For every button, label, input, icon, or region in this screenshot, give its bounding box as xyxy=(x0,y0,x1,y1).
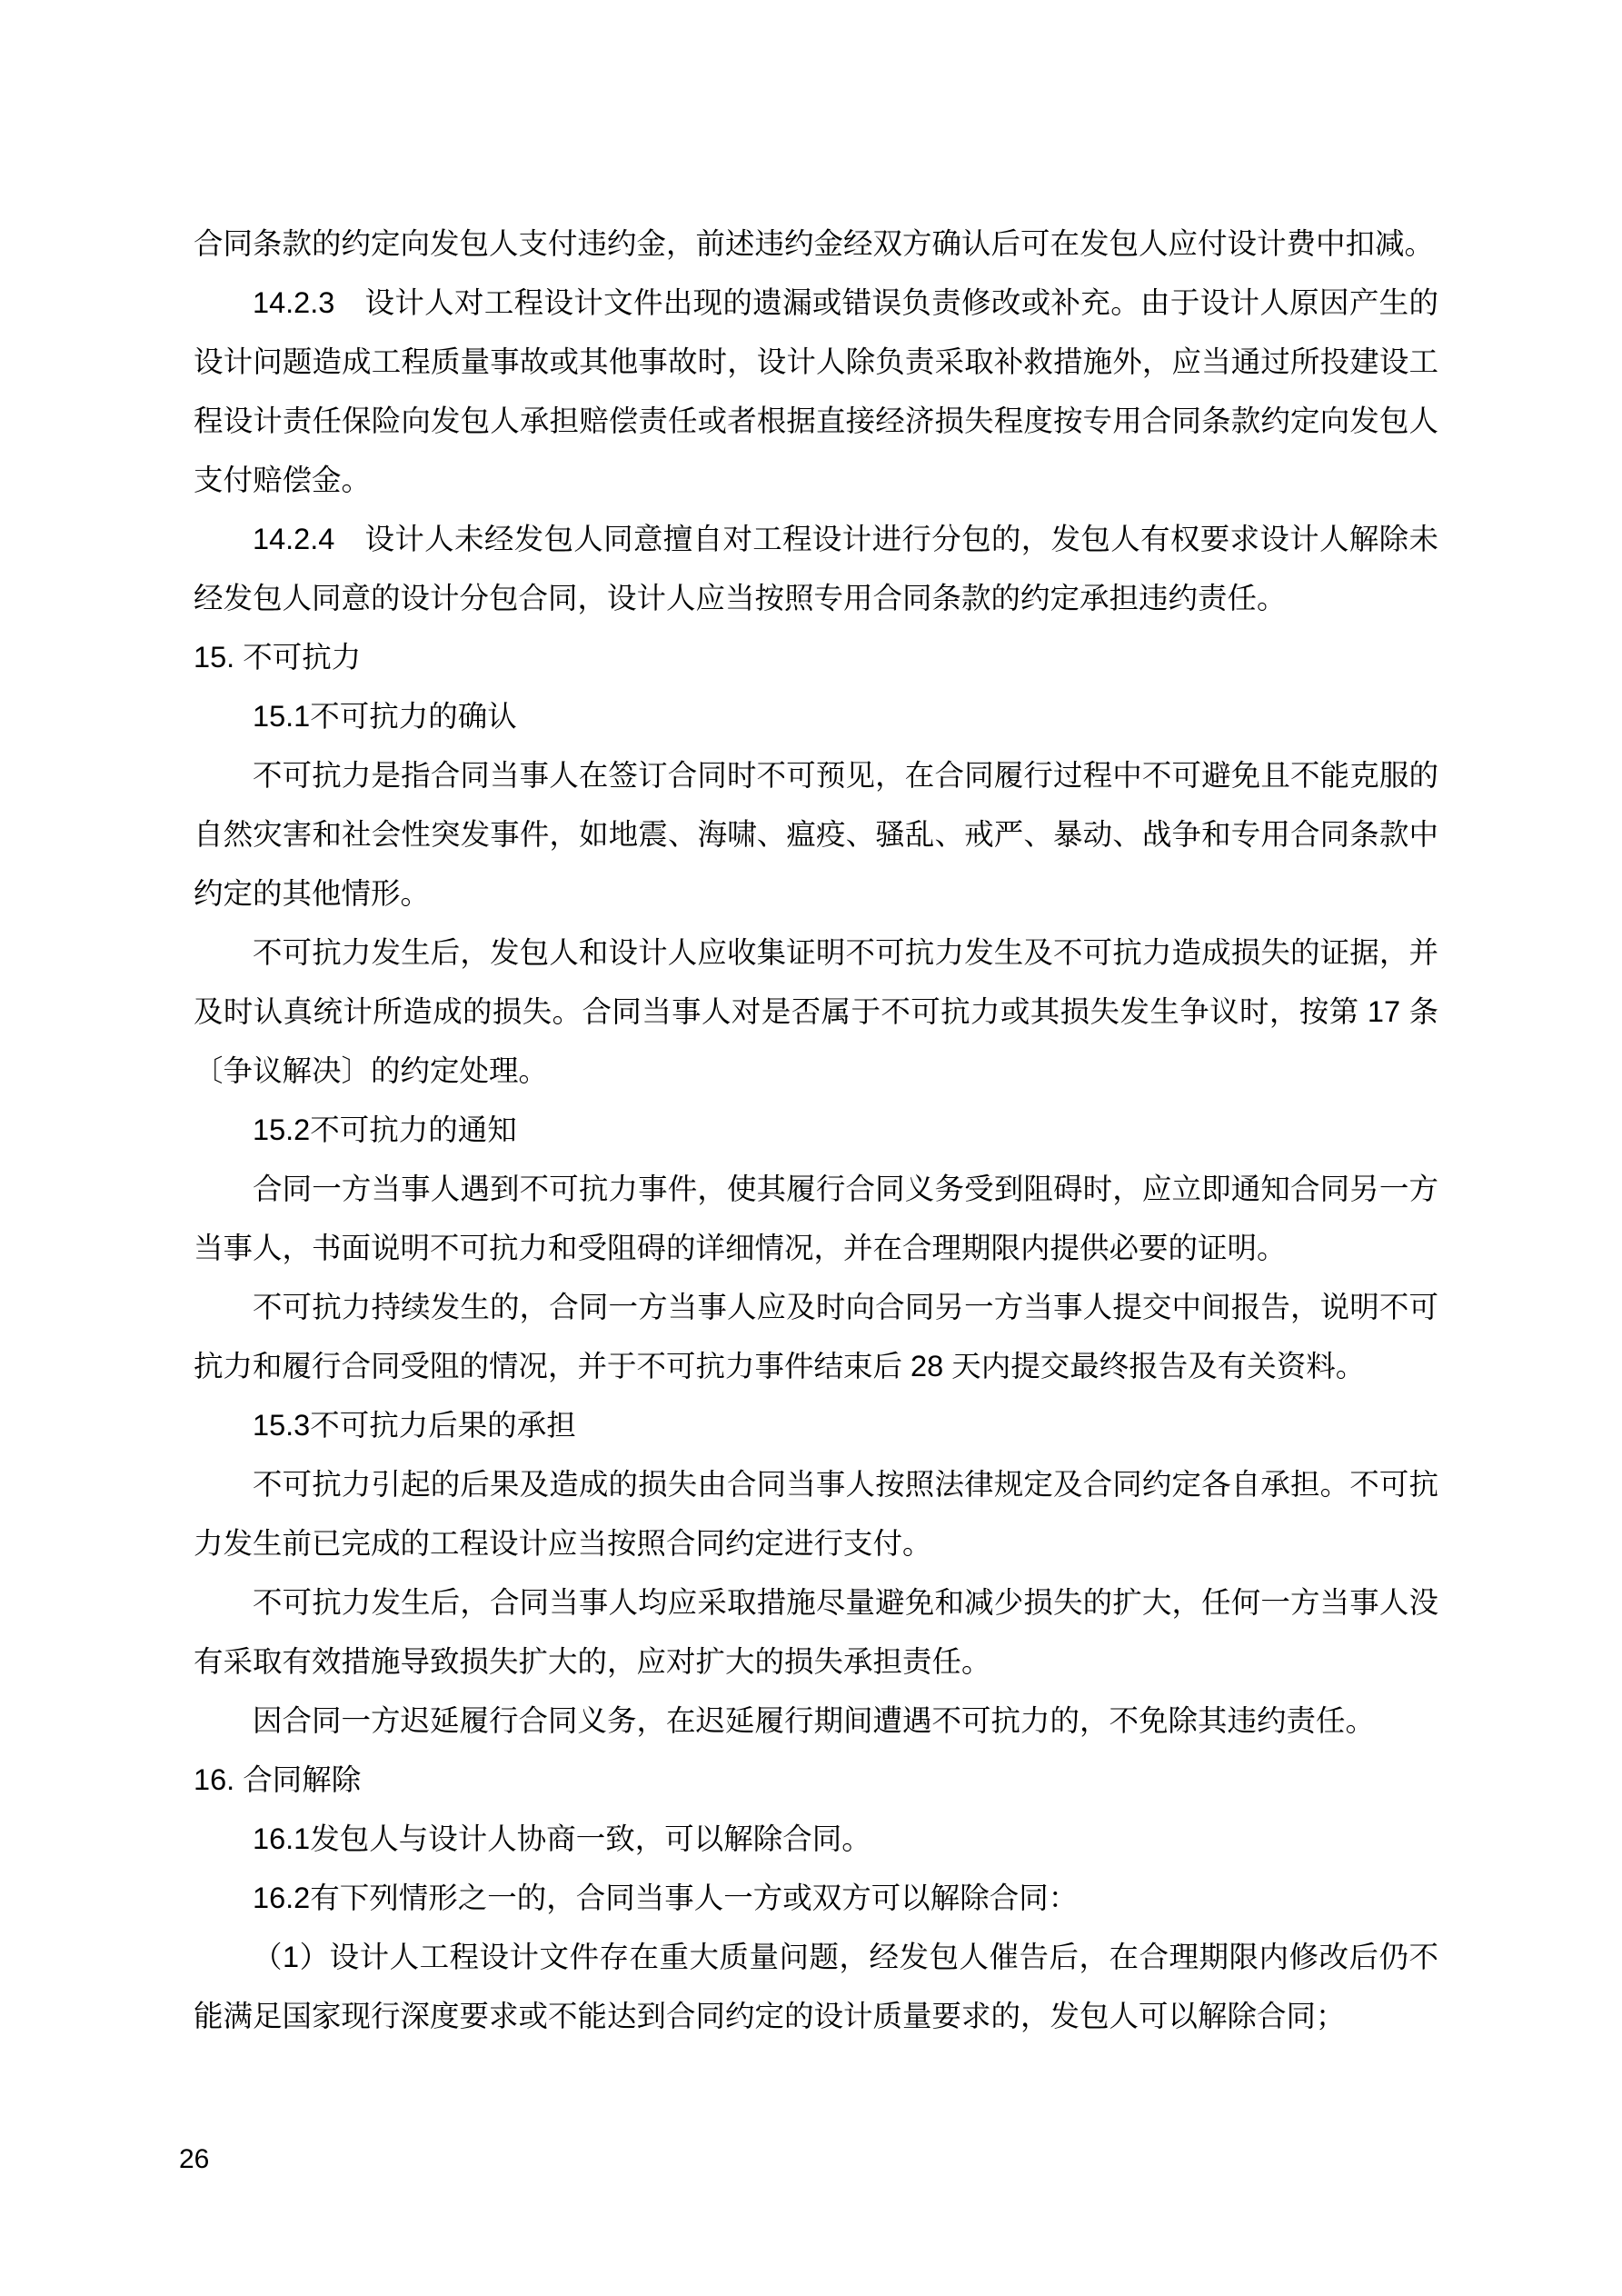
paragraph: （1）设计人工程设计文件存在重大质量问题，经发包人催告后，在合理期限内修改后仍不… xyxy=(194,1928,1438,2046)
paragraph: 15. 不可抗力 xyxy=(194,628,1438,687)
paragraph: 15.1不可抗力的确认 xyxy=(194,687,1438,746)
paragraph: 14.2.3 设计人对工程设计文件出现的遗漏或错误负责修改或补充。由于设计人原因… xyxy=(194,274,1438,510)
paragraph: 不可抗力是指合同当事人在签订合同时不可预见，在合同履行过程中不可避免且不能克服的… xyxy=(194,746,1438,923)
document-page: 合同条款的约定向发包人支付违约金，前述违约金经双方确认后可在发包人应付设计费中扣… xyxy=(0,0,1622,2296)
paragraph: 合同条款的约定向发包人支付违约金，前述违约金经双方确认后可在发包人应付设计费中扣… xyxy=(194,215,1438,274)
paragraph: 不可抗力引起的后果及造成的损失由合同当事人按照法律规定及合同约定各自承担。不可抗… xyxy=(194,1455,1438,1573)
paragraph: 因合同一方迟延履行合同义务，在迟延履行期间遭遇不可抗力的，不免除其违约责任。 xyxy=(194,1692,1438,1751)
paragraph: 14.2.4 设计人未经发包人同意擅自对工程设计进行分包的，发包人有权要求设计人… xyxy=(194,510,1438,628)
paragraph: 15.3不可抗力后果的承担 xyxy=(194,1396,1438,1455)
page-number: 26 xyxy=(179,2143,209,2176)
paragraph: 15.2不可抗力的通知 xyxy=(194,1101,1438,1160)
paragraph: 不可抗力持续发生的，合同一方当事人应及时向合同另一方当事人提交中间报告，说明不可… xyxy=(194,1278,1438,1396)
paragraph: 16.2有下列情形之一的，合同当事人一方或双方可以解除合同： xyxy=(194,1869,1438,1928)
paragraph: 16. 合同解除 xyxy=(194,1751,1438,1810)
contract-text: 合同条款的约定向发包人支付违约金，前述违约金经双方确认后可在发包人应付设计费中扣… xyxy=(194,215,1438,2046)
paragraph: 不可抗力发生后，发包人和设计人应收集证明不可抗力发生及不可抗力造成损失的证据，并… xyxy=(194,923,1438,1101)
paragraph: 合同一方当事人遇到不可抗力事件，使其履行合同义务受到阻碍时，应立即通知合同另一方… xyxy=(194,1160,1438,1278)
paragraph: 16.1发包人与设计人协商一致，可以解除合同。 xyxy=(194,1810,1438,1869)
paragraph: 不可抗力发生后，合同当事人均应采取措施尽量避免和减少损失的扩大，任何一方当事人没… xyxy=(194,1573,1438,1692)
